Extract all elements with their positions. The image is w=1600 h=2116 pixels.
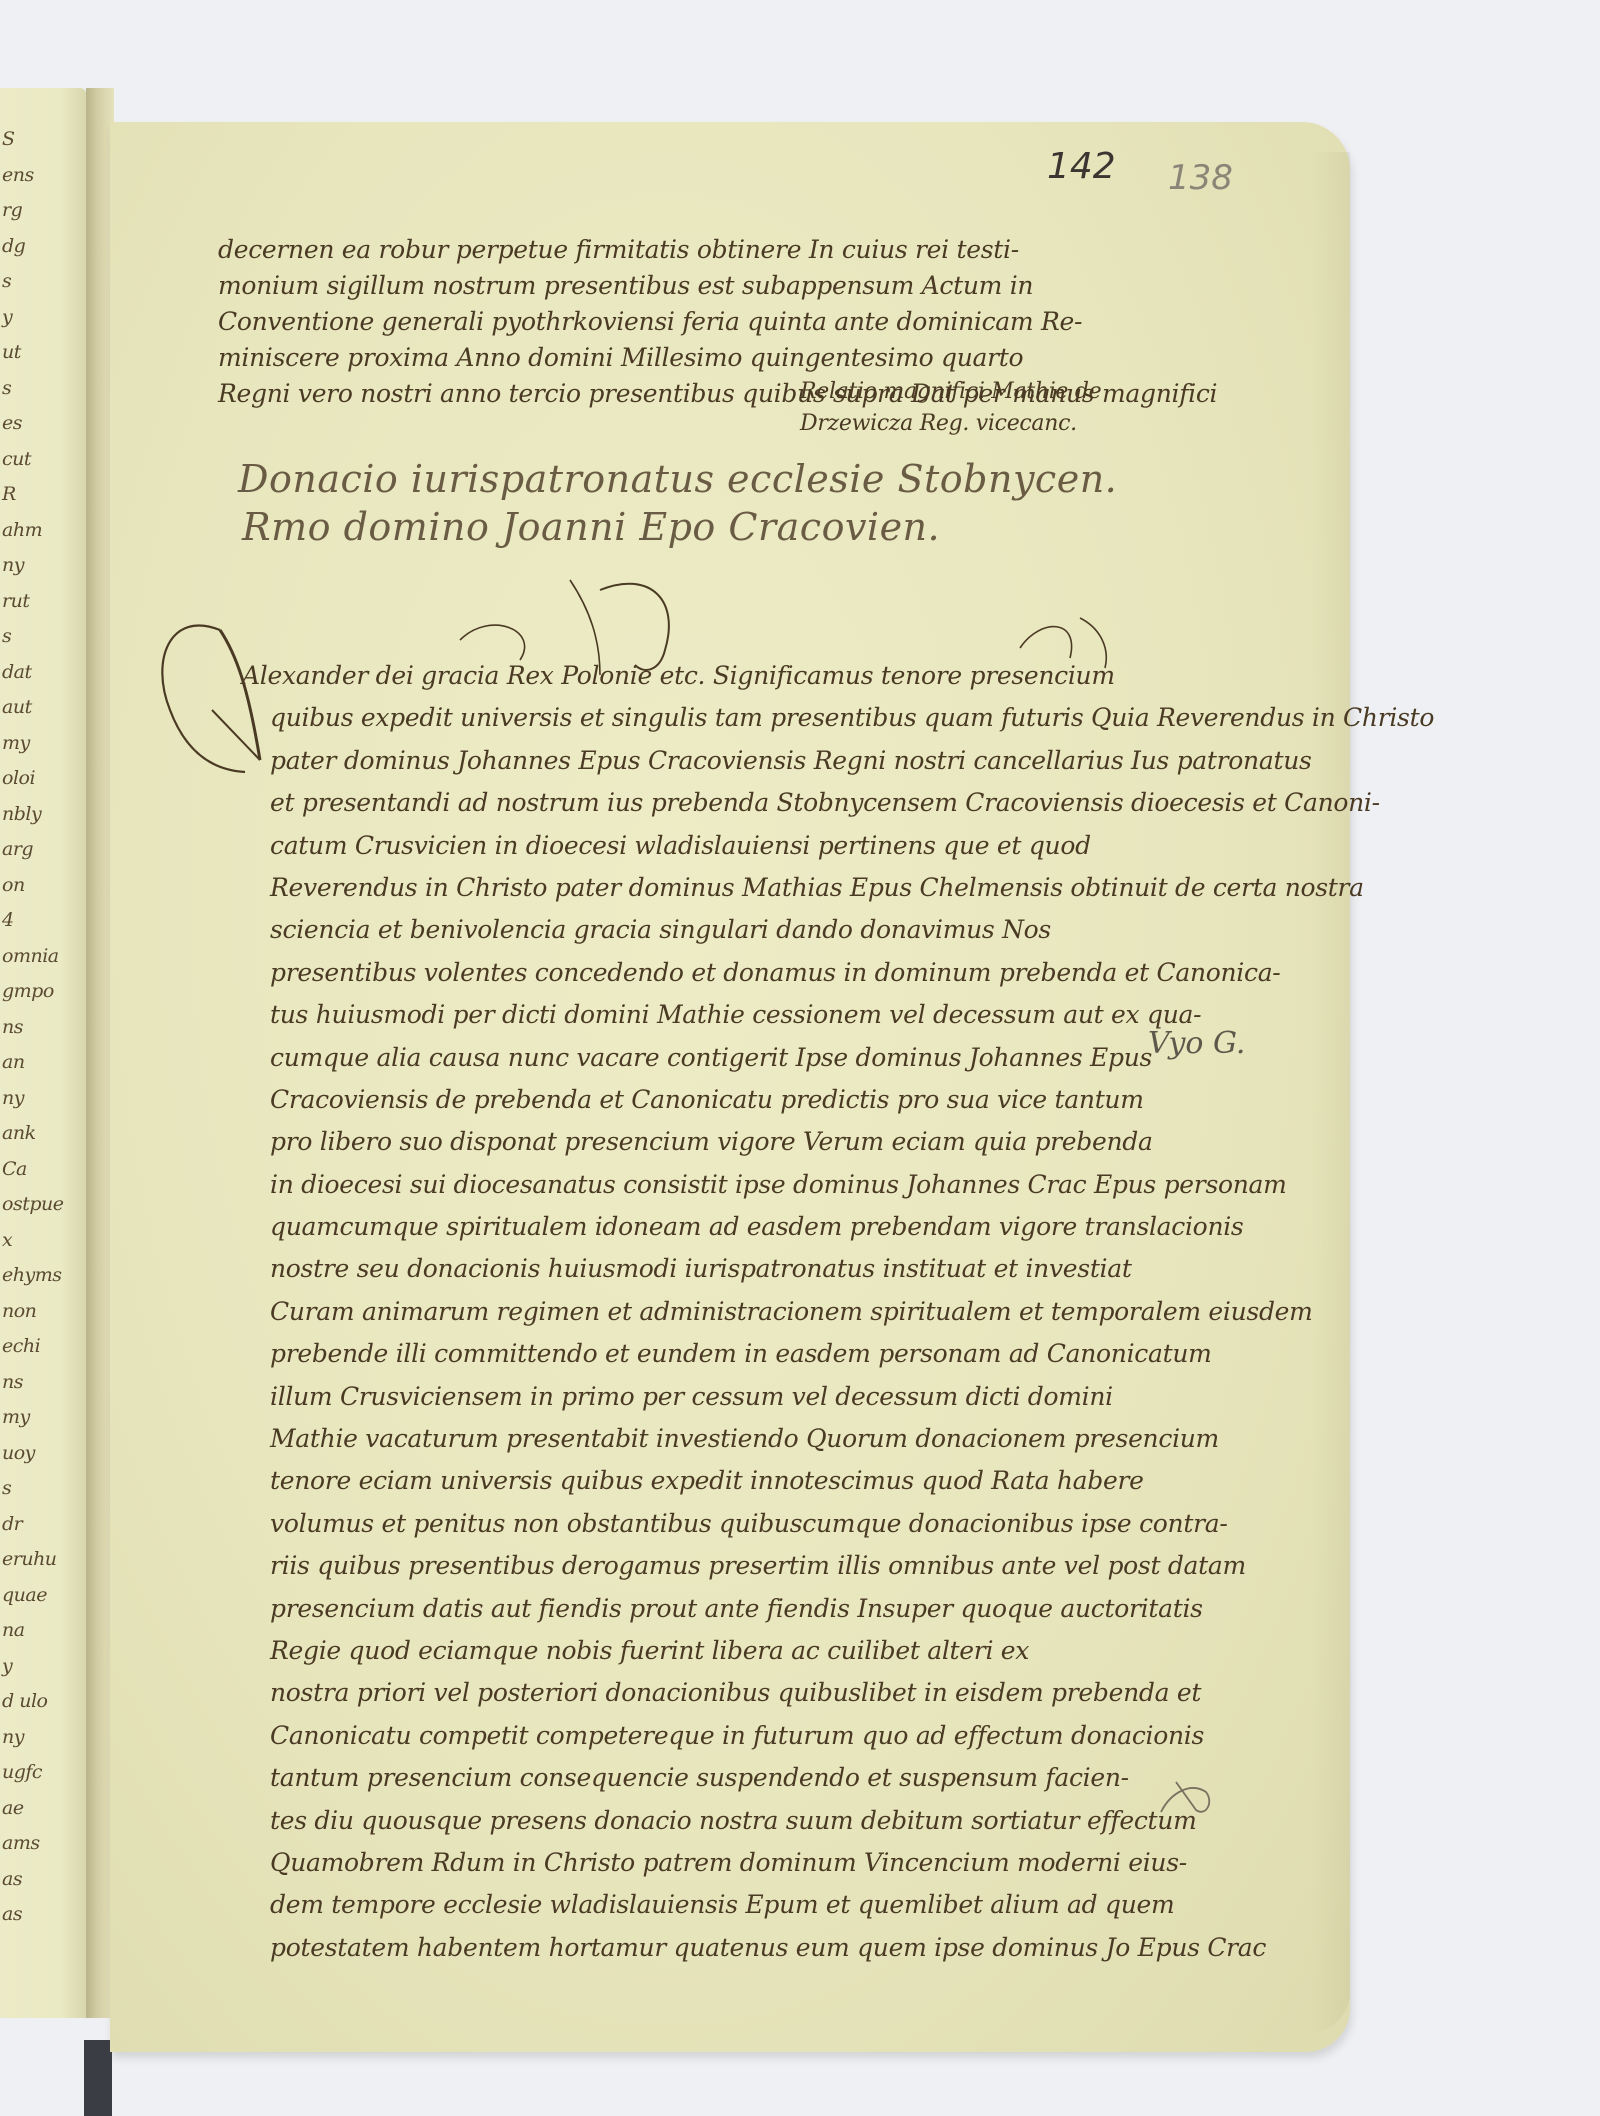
left-page-fragment: as	[2, 1903, 22, 1925]
margin-signature-mark-icon	[1156, 1772, 1216, 1832]
charter-line: potestatem habentem hortamur quatenus eu…	[242, 1927, 1202, 1969]
left-page-fragment: dg	[2, 235, 25, 257]
charter-line: tantum presencium consequencie suspenden…	[242, 1757, 1202, 1799]
left-page-fragment: uoy	[2, 1442, 35, 1464]
left-page-fragment: cut	[2, 448, 31, 470]
charter-line: Curam animarum regimen et administracion…	[242, 1291, 1202, 1333]
charter-line: et presentandi ad nostrum ius prebenda S…	[242, 782, 1202, 824]
left-page-fragment: echi	[2, 1335, 40, 1357]
left-page-fragment: s	[2, 1477, 11, 1499]
left-page-fragment: ny	[2, 554, 24, 576]
left-page-fragment: ahm	[2, 519, 42, 541]
charter-line: quamcumque spiritualem idoneam ad easdem…	[242, 1206, 1202, 1248]
left-page-fragment: oloi	[2, 767, 35, 789]
left-page-fragment: dr	[2, 1513, 22, 1535]
left-page-fragment: x	[2, 1229, 12, 1251]
left-page-fragment: ens	[2, 164, 34, 186]
subscription-block: Relatio magnifici Mathie de Drzewicza Re…	[800, 376, 1101, 440]
left-page-fragment: my	[2, 732, 30, 754]
left-page-fragment: non	[2, 1300, 36, 1322]
charter-line: Regie quod eciamque nobis fuerint libera…	[242, 1630, 1202, 1672]
left-page-fragment: es	[2, 412, 22, 434]
manuscript-scan: SensrgdgsyutsescutRahmnyrutsdatautmyoloi…	[0, 0, 1600, 2116]
left-page-fragment: ehyms	[2, 1264, 61, 1286]
charter-line: Cracoviensis de prebenda et Canonicatu p…	[242, 1079, 1202, 1121]
left-page-fragment: ns	[2, 1016, 23, 1038]
charter-line: Reverendus in Christo pater dominus Math…	[242, 867, 1202, 909]
left-page-fragment: s	[2, 377, 11, 399]
left-page-fragment: s	[2, 625, 11, 647]
charter-line: prebende illi committendo et eundem in e…	[242, 1333, 1202, 1375]
charter-line: cumque alia causa nunc vacare contigerit…	[242, 1037, 1202, 1079]
charter-line: tenore eciam universis quibus expedit in…	[242, 1460, 1202, 1502]
left-page-fragment: na	[2, 1619, 25, 1641]
left-page-fragment: nbly	[2, 803, 41, 825]
subscription-line: Relatio magnifici Mathie de	[800, 376, 1101, 408]
left-page-fragment: as	[2, 1868, 22, 1890]
left-page-fragment: s	[2, 270, 11, 292]
left-page-fragment: S	[2, 128, 15, 150]
left-page-fragment: d ulo	[2, 1690, 47, 1712]
left-page-fragment: omnia	[2, 945, 59, 967]
charter-line: riis quibus presentibus derogamus preser…	[242, 1545, 1202, 1587]
charter-line: presencium datis aut fiendis prout ante …	[242, 1588, 1202, 1630]
text-line: miniscere proxima Anno domini Millesimo …	[218, 340, 1158, 376]
charter-line: tus huiusmodi per dicti domini Mathie ce…	[242, 994, 1202, 1036]
left-page-fragment: aut	[2, 696, 32, 718]
charter-line: sciencia et benivolencia gracia singular…	[242, 909, 1202, 951]
rubric-line: Donacio iurispatronatus ecclesie Stobnyc…	[238, 455, 1117, 503]
charter-line: in dioecesi sui diocesanatus consistit i…	[242, 1164, 1202, 1206]
charter-line: tes diu quousque presens donacio nostra …	[242, 1800, 1202, 1842]
left-page-fragment: arg	[2, 838, 33, 860]
text-line: decernen ea robur perpetue firmitatis ob…	[218, 232, 1158, 268]
left-page-fragment: dat	[2, 661, 32, 683]
left-page-fragment: ugfc	[2, 1761, 42, 1783]
left-page-fragment: ny	[2, 1087, 24, 1109]
spine-band	[84, 2040, 112, 2116]
folio-number-older: 138	[1168, 158, 1233, 198]
charter-line: quibus expedit universis et singulis tam…	[242, 697, 1202, 739]
charter-line: Mathie vacaturum presentabit investiendo…	[242, 1418, 1202, 1460]
left-page-fragment: y	[2, 1655, 12, 1677]
rubric-line: Rmo domino Joanni Epo Cracovien.	[238, 503, 1117, 551]
charter-line: volumus et penitus non obstantibus quibu…	[242, 1503, 1202, 1545]
charter-line: pater dominus Johannes Epus Cracoviensis…	[242, 740, 1202, 782]
charter-line: dem tempore ecclesie wladislauiensis Epu…	[242, 1884, 1202, 1926]
left-page-fragment: eruhu	[2, 1548, 57, 1570]
subscription-line: Drzewicza Reg. vicecanc.	[800, 408, 1101, 440]
left-page-fragment: on	[2, 874, 25, 896]
left-page-fragment: ny	[2, 1726, 24, 1748]
charter-line: presentibus volentes concedendo et donam…	[242, 952, 1202, 994]
left-page-fragment: ns	[2, 1371, 23, 1393]
rubric-title: Donacio iurispatronatus ecclesie Stobnyc…	[238, 455, 1117, 551]
charter-line: nostra priori vel posteriori donacionibu…	[242, 1672, 1202, 1714]
left-page-fragment: y	[2, 306, 12, 328]
left-page-fragment: my	[2, 1406, 30, 1428]
charter-line: illum Crusviciensem in primo per cessum …	[242, 1376, 1202, 1418]
left-page-fragment: rg	[2, 199, 22, 221]
left-page-fragment: ams	[2, 1832, 40, 1854]
left-page-fragment: gmpo	[2, 980, 54, 1002]
left-page-fragment: Ca	[2, 1158, 27, 1180]
left-facing-page: SensrgdgsyutsescutRahmnyrutsdatautmyoloi…	[0, 88, 86, 2018]
charter-line: nostre seu donacionis huiusmodi iurispat…	[242, 1248, 1202, 1290]
left-page-fragment: R	[2, 483, 16, 505]
left-page-fragment: ank	[2, 1122, 36, 1144]
left-page-fragment: rut	[2, 590, 29, 612]
charter-line: pro libero suo disponat presencium vigor…	[242, 1121, 1202, 1163]
charter-line: Quamobrem Rdum in Christo patrem dominum…	[242, 1842, 1202, 1884]
left-page-fragment: an	[2, 1051, 25, 1073]
text-line: Conventione generali pyothrkoviensi feri…	[218, 304, 1158, 340]
margin-note: Vyo G.	[1148, 1026, 1245, 1061]
left-page-fragment: 4	[2, 909, 14, 931]
text-line: monium sigillum nostrum presentibus est …	[218, 268, 1158, 304]
left-page-fragment: ae	[2, 1797, 24, 1819]
charter-text-block: Alexander dei gracia Rex Polonie etc. Si…	[242, 655, 1202, 1969]
left-page-fragment: quae	[2, 1584, 47, 1606]
left-page-fragment: ostpue	[2, 1193, 63, 1215]
charter-line: Alexander dei gracia Rex Polonie etc. Si…	[242, 655, 1202, 697]
charter-line: catum Crusvicien in dioecesi wladislauie…	[242, 825, 1202, 867]
folio-number-current: 142	[1047, 146, 1116, 187]
charter-line: Canonicatu competit competereque in futu…	[242, 1715, 1202, 1757]
left-page-fragment: ut	[2, 341, 21, 363]
